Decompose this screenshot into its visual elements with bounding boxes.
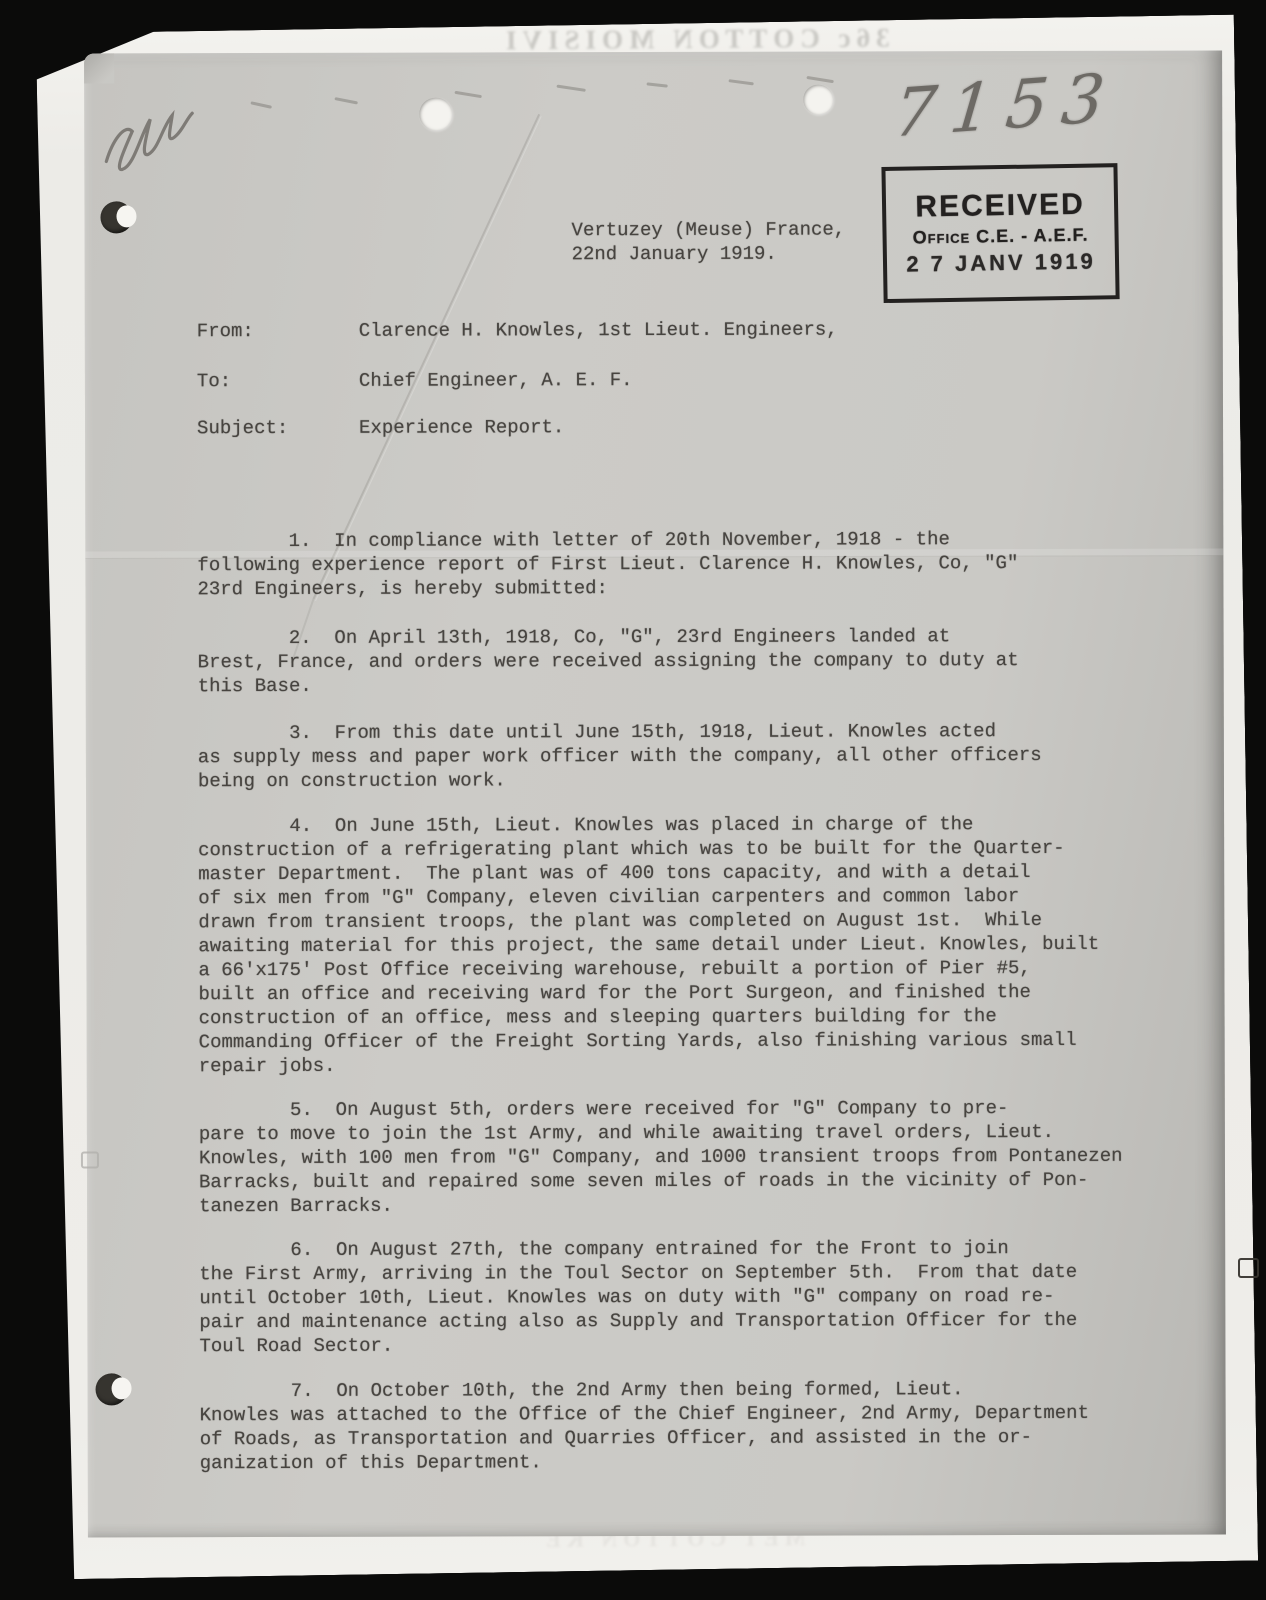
paragraph-1: 1. In compliance with letter of 20th Nov… [197,527,1207,602]
document-scan: 36c COTTON MOISIVI MET COTTON KE [0,0,1266,1600]
pencil-scribble [90,77,280,197]
field-label-from: From: [197,319,254,343]
punch-hole-left-bottom [96,1373,128,1405]
paragraph-2: 2. On April 13th, 1918, Co, "G", 23rd En… [198,624,1208,699]
punch-hole-left-top [100,201,132,233]
margin-mark-left [81,1151,99,1168]
field-value-subject: Experience Report. [359,415,564,440]
handwritten-file-number: 7153 [891,59,1122,153]
punch-hole-top-right [803,85,833,115]
paragraph-6: 6. On August 27th, the company entrained… [199,1236,1209,1359]
paragraph-3: 3. From this date until June 15th, 1918,… [198,719,1208,794]
stamp-office: Office C.E. - A.E.F. [912,222,1088,251]
stamp-title: RECEIVED [915,188,1085,225]
letter-page: 7153 RECEIVED Office C.E. - A.E.F. 2 7 J… [84,51,1226,1538]
dateline: Vertuzey (Meuse) France, 22nd January 19… [571,218,845,267]
field-label-subject: Subject: [197,416,288,440]
margin-mark-right [1238,1258,1259,1278]
received-stamp: RECEIVED Office C.E. - A.E.F. 2 7 JANV 1… [881,163,1119,303]
stamp-date: 2 7 JANV 1919 [906,248,1096,279]
field-label-to: To: [197,369,231,393]
paragraph-7: 7. On October 10th, the 2nd Army then be… [200,1377,1210,1476]
paragraph-5: 5. On August 5th, orders were received f… [199,1096,1209,1219]
field-value-from: Clarence H. Knowles, 1st Lieut. Engineer… [359,318,838,343]
punch-hole-top-center [419,98,452,131]
paragraph-4: 4. On June 15th, Lieut. Knowles was plac… [198,812,1209,1079]
field-value-to: Chief Engineer, A. E. F. [359,368,633,393]
